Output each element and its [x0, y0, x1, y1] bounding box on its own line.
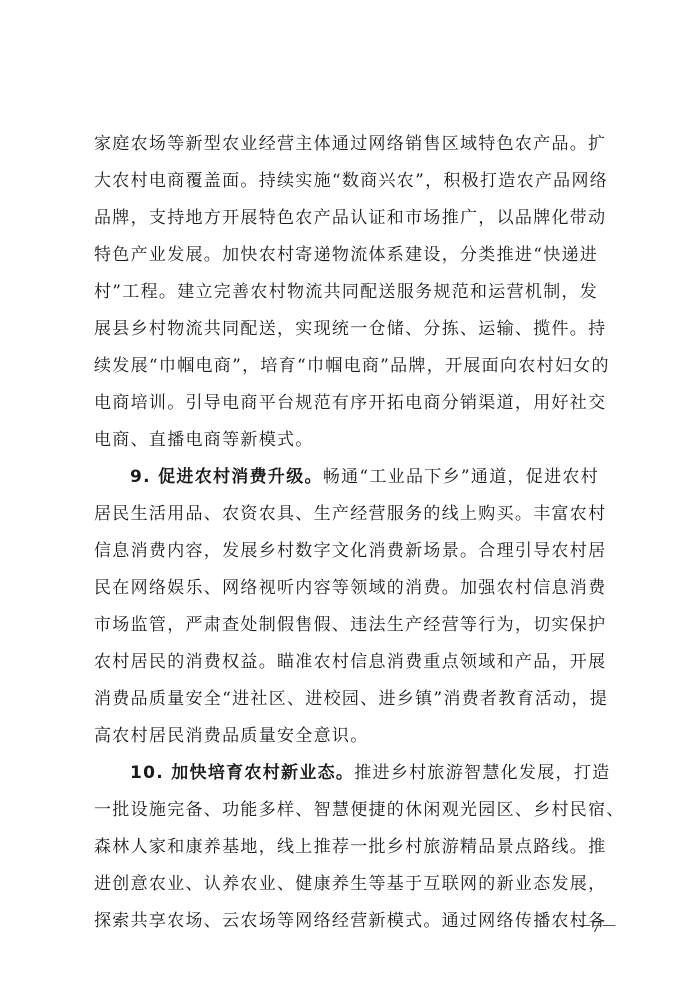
text-line: 民在网络娱乐、网络视听内容等领域的消费。加强农村信息消费: [94, 570, 614, 607]
text-line: 10. 加快培育农村新业态。推进乡村旅游智慧化发展，打造: [94, 755, 614, 792]
item-heading: 9. 促进农村消费升级。: [130, 467, 323, 487]
text-line: 家庭农场等新型农业经营主体通过网络销售区域特色农产品。扩: [94, 126, 614, 163]
text-line: 信息消费内容，发展乡村数字文化消费新场景。合理引导农村居: [94, 533, 614, 570]
text-line: 续发展“巾帼电商”，培育“巾帼电商”品牌，开展面向农村妇女的: [94, 348, 614, 385]
text-line: 森林人家和康养基地，线上推荐一批乡村旅游精品景点路线。推: [94, 829, 614, 866]
page-number: －7－: [575, 912, 618, 937]
text-line: 品牌，支持地方开展特色农产品认证和市场推广，以品牌化带动: [94, 200, 614, 237]
text-line: 消费品质量安全“进社区、进校园、进乡镇”消费者教育活动，提: [94, 681, 614, 718]
paragraph-item-9: 9. 促进农村消费升级。畅通“工业品下乡”通道，促进农村 居民生活用品、农资农具…: [94, 459, 614, 755]
text-line: 9. 促进农村消费升级。畅通“工业品下乡”通道，促进农村: [94, 459, 614, 496]
text-line: 一批设施完备、功能多样、智慧便捷的休闲观光园区、乡村民宿、: [94, 792, 614, 829]
text-line: 村”工程。建立完善农村物流共同配送服务规范和运营机制，发: [94, 274, 614, 311]
text-line: 农村居民的消费权益。瞄准农村信息消费重点领域和产品，开展: [94, 644, 614, 681]
paragraph-continued: 家庭农场等新型农业经营主体通过网络销售区域特色农产品。扩 大农村电商覆盖面。持续…: [94, 126, 614, 459]
paragraph-item-10: 10. 加快培育农村新业态。推进乡村旅游智慧化发展，打造 一批设施完备、功能多样…: [94, 755, 614, 940]
text-line: 高农村居民消费品质量安全意识。: [94, 718, 614, 755]
body-text: 家庭农场等新型农业经营主体通过网络销售区域特色农产品。扩 大农村电商覆盖面。持续…: [94, 126, 614, 940]
text-line: 进创意农业、认养农业、健康养生等基于互联网的新业态发展，: [94, 866, 614, 903]
text-line: 特色产业发展。加快农村寄递物流体系建设，分类推进“快递进: [94, 237, 614, 274]
text-line: 居民生活用品、农资农具、生产经营服务的线上购买。丰富农村: [94, 496, 614, 533]
text-line: 市场监管，严肃查处制假售假、违法生产经营等行为，切实保护: [94, 607, 614, 644]
text-run: 畅通“工业品下乡”通道，促进农村: [323, 467, 599, 487]
document-page: 家庭农场等新型农业经营主体通过网络销售区域特色农产品。扩 大农村电商覆盖面。持续…: [0, 0, 700, 989]
item-heading: 10. 加快培育农村新业态。: [130, 763, 354, 783]
text-line: 电商培训。引导电商平台规范有序开拓电商分销渠道，用好社交: [94, 385, 614, 422]
text-line: 电商、直播电商等新模式。: [94, 422, 614, 459]
text-line: 大农村电商覆盖面。持续实施“数商兴农”，积极打造农产品网络: [94, 163, 614, 200]
text-run: 推进乡村旅游智慧化发展，打造: [354, 763, 610, 783]
text-line: 探索共享农场、云农场等网络经营新模式。通过网络传播农村各: [94, 903, 614, 940]
text-line: 展县乡村物流共同配送，实现统一仓储、分拣、运输、揽件。持: [94, 311, 614, 348]
